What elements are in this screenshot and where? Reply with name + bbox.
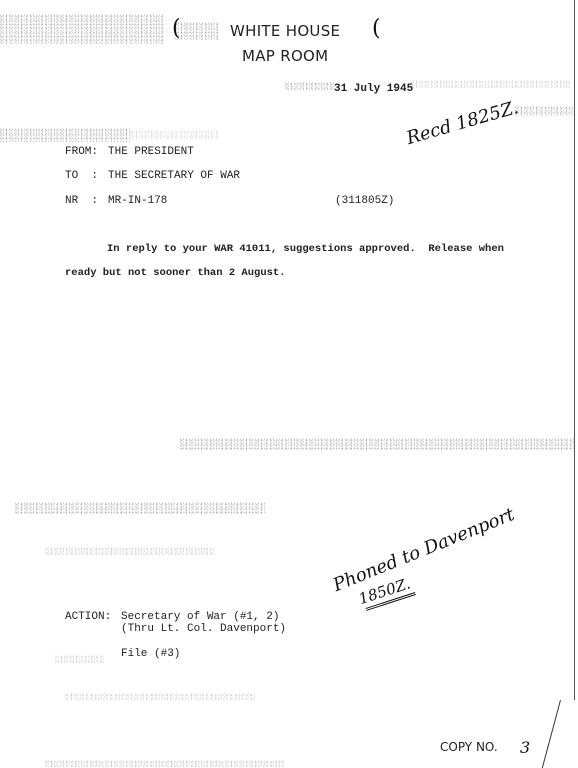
punch-mark-right: ( [372,16,381,41]
header-white-house: WHITE HOUSE [230,22,340,40]
action-line-1: Secretary of War (#1, 2) [121,611,279,623]
header-map-room: MAP ROOM [242,47,328,65]
scan-smudge-top-left [0,14,165,44]
nr-label: NR : [65,195,98,207]
punch-mark-left: ( [172,16,181,41]
document-date: 31 July 1945 [334,83,413,95]
scan-smudge-bottom-2 [45,760,285,767]
scan-smudge-left-2 [130,130,220,140]
action-label: ACTION: [65,611,111,623]
scan-smudge-file [55,655,105,663]
scan-smudge-right [515,106,573,116]
scan-band-middle [180,438,574,450]
scan-smudge-lower [45,547,215,555]
action-line-2: (Thru Lt. Col. Davenport) [121,623,286,635]
scan-smudge-bottom-1 [65,693,255,700]
to-label: TO : [65,170,98,182]
body-line-2: ready but not sooner than 2 August. [65,267,286,279]
to-value: THE SECRETARY OF WAR [108,170,240,182]
scan-smudge-date-right [410,80,570,88]
scan-smudge-date [285,82,335,90]
handwritten-phoned-note: Phoned to Davenport [330,504,517,596]
scan-band-left [15,502,265,514]
scan-smudge-header [175,22,220,40]
document-page: ( ( WHITE HOUSE MAP ROOM 31 July 1945 Re… [0,0,578,768]
nr-value: MR-IN-178 [108,195,167,207]
date-time-group: (311805Z) [335,195,394,207]
scan-smudge-left [0,128,130,142]
page-edge-slash [541,700,561,768]
from-label: FROM: [65,146,98,158]
body-line-1: In reply to your WAR 41011, suggestions … [107,243,504,255]
handwritten-received-note: Recd 1825Z. [404,97,521,149]
copy-number-label: COPY NO. [440,740,498,754]
from-value: THE PRESIDENT [108,146,194,158]
action-file: File (#3) [121,648,180,660]
copy-number-value: 3 [520,738,530,757]
page-edge [574,0,575,700]
